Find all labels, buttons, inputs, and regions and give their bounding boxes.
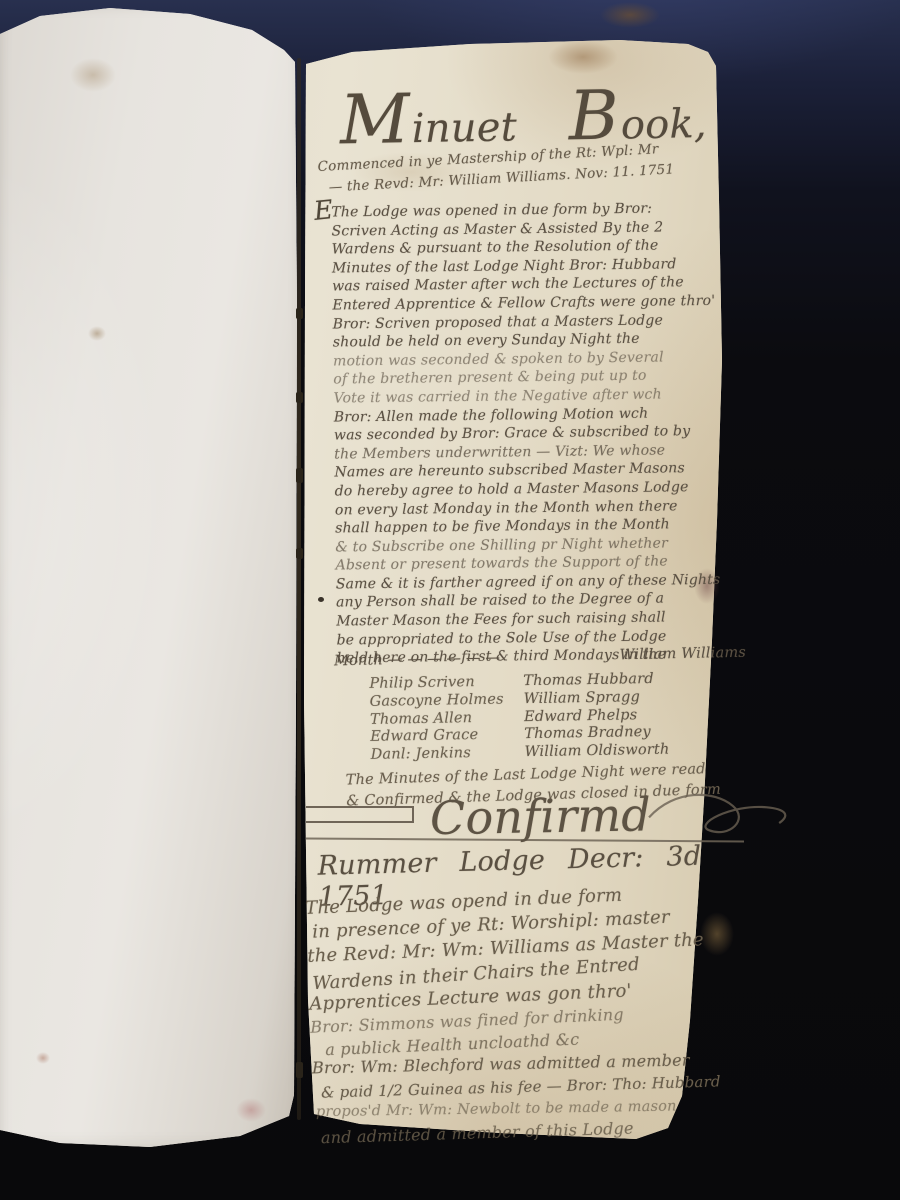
left-blank-page bbox=[0, 0, 300, 1160]
short-rule-bottom bbox=[306, 821, 414, 823]
rule-connector bbox=[412, 806, 414, 823]
confirmd-flourish bbox=[644, 785, 795, 842]
ink-dot bbox=[318, 597, 324, 602]
photo-of-minute-book: Minuet Book, Commenced in ye Mastership … bbox=[0, 0, 900, 1200]
stitch-mark bbox=[296, 1062, 303, 1078]
stitch-mark bbox=[296, 308, 303, 319]
confirmd-calligraphy: Confirmd bbox=[430, 785, 796, 845]
short-rule-top bbox=[306, 806, 414, 808]
signature-william-williams: William Williams bbox=[619, 645, 746, 664]
stain bbox=[600, 2, 660, 28]
stitch-mark bbox=[296, 548, 303, 559]
signature-block: Philip Scriven Thomas Hubbard Gascoyne H… bbox=[333, 670, 734, 766]
stitch-mark bbox=[296, 468, 303, 483]
minutes-paragraph: The Lodge was opened in due form by Bror… bbox=[331, 199, 749, 669]
stitch-mark bbox=[296, 392, 303, 403]
book-gutter bbox=[297, 58, 301, 1120]
rummer-lodge-minutes: The Lodge was opend in due form in prese… bbox=[305, 879, 735, 1151]
signature: Danl: Jenkins bbox=[334, 744, 524, 765]
confirmd-word: Confirmd bbox=[430, 787, 652, 845]
